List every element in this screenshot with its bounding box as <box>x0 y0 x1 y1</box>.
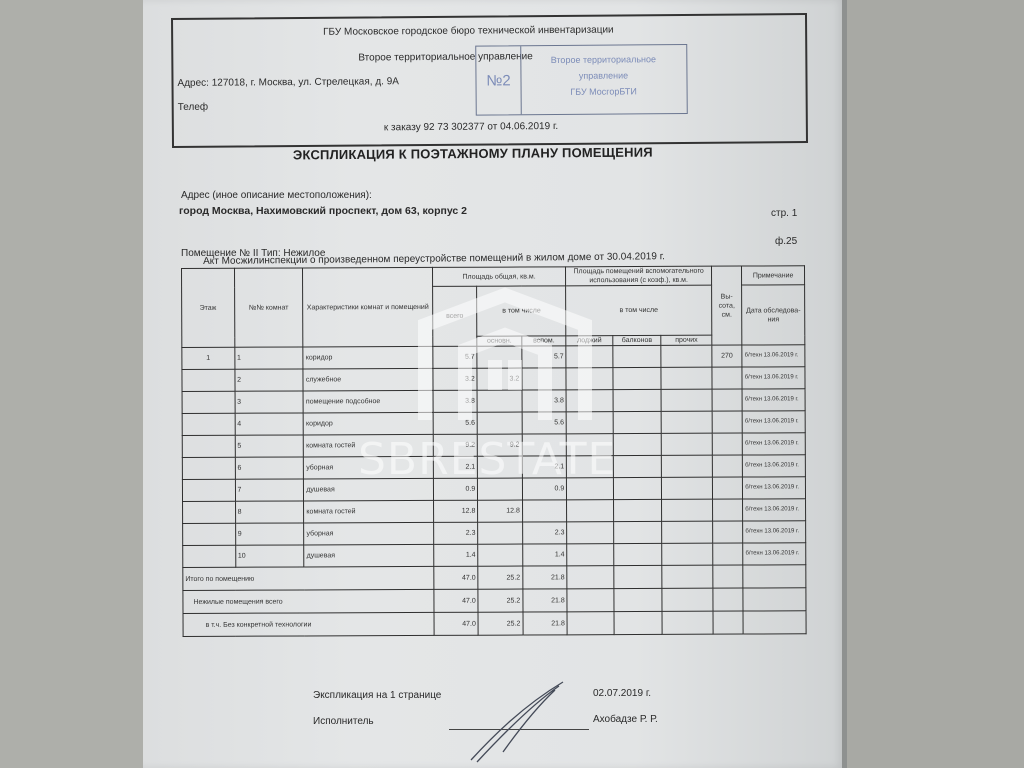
header-balconies: балконов <box>613 335 662 345</box>
cell-height <box>712 433 742 455</box>
cell-floor <box>182 391 235 413</box>
cell-aux: 1.4 <box>523 544 568 566</box>
stamp-number: №2 <box>476 46 522 114</box>
footer-date: 02.07.2019 г. <box>593 688 651 699</box>
cell-loggia <box>566 390 613 412</box>
cell-total: 5.6 <box>433 412 478 434</box>
cell-other <box>662 433 713 455</box>
cell-room-name: комната гостей <box>304 500 434 523</box>
header-height: Вы-сота, см. <box>711 266 742 345</box>
organization-name: ГБУ Московское городское бюро техническо… <box>323 25 614 38</box>
cell-note <box>743 588 806 611</box>
totals-row: Итого по помещению47.025.221.8 <box>183 565 806 591</box>
pages-count: Экспликация на 1 странице <box>313 690 441 701</box>
cell-balcony <box>614 588 663 611</box>
cell-note: б/техн 13.06.2019 г. <box>742 411 805 433</box>
cell-total: 47.0 <box>434 612 479 635</box>
header-aux-area: Площадь помещений вспомогательного испол… <box>566 266 712 286</box>
cell-room-no: 4 <box>235 413 304 435</box>
cell-room-no: 8 <box>235 501 304 523</box>
cell-note: б/техн 13.06.2019 г. <box>743 521 806 543</box>
cell-balcony <box>613 345 662 367</box>
cell-loggia <box>566 346 613 368</box>
cell-total: 47.0 <box>434 589 479 612</box>
cell-other <box>662 499 713 521</box>
header-survey-date: Дата обследова-ния <box>742 285 805 345</box>
cell-total: 3.2 <box>433 368 478 390</box>
background-right <box>845 0 1024 768</box>
cell-height <box>713 543 743 565</box>
cell-room-name: душевая <box>304 544 434 567</box>
stamp-text: Второе территориальное управление ГБУ Мо… <box>522 51 684 100</box>
address-value: город Москва, Нахимовский проспект, дом … <box>179 205 467 217</box>
cell-height <box>713 565 743 588</box>
stamp-line: управление <box>522 67 684 84</box>
table-row: 9уборная2.32.3б/техн 13.06.2019 г. <box>183 521 806 546</box>
cell-loggia <box>567 589 614 612</box>
table-row: 3помещение подсобное3.83.8б/техн 13.06.2… <box>182 389 805 414</box>
cell-other <box>662 521 713 543</box>
cell-aux: 5.7 <box>522 346 567 368</box>
cell-room-name: коридор <box>303 346 433 369</box>
cell-height <box>713 588 743 611</box>
cell-room-no: 10 <box>235 545 304 567</box>
cell-main <box>478 522 523 544</box>
header-characteristics: Характеристики комнат и помещений <box>303 267 433 347</box>
cell-room-no: 7 <box>235 479 304 501</box>
cell-other <box>661 411 712 433</box>
cell-note: б/техн 13.06.2019 г. <box>743 499 806 521</box>
organization-phone: Телеф <box>178 102 208 113</box>
cell-other <box>662 565 713 588</box>
cell-note: б/техн 13.06.2019 г. <box>742 433 805 455</box>
cell-floor <box>182 435 235 457</box>
cell-note <box>743 565 806 588</box>
cell-loggia <box>567 566 614 589</box>
cell-room-no: 1 <box>234 347 303 369</box>
cell-loggia <box>566 412 613 434</box>
background-left <box>0 0 143 768</box>
cell-total: 2.3 <box>433 522 478 544</box>
cell-height: 270 <box>712 345 742 367</box>
cell-floor: 1 <box>182 347 235 369</box>
cell-height <box>712 411 742 433</box>
header-aux: вспом. <box>522 336 567 346</box>
cell-aux: 21.8 <box>523 566 568 589</box>
cell-main: 25.2 <box>478 589 523 612</box>
cell-total-label: Нежилые помещения всего <box>183 589 434 613</box>
cell-aux: 21.8 <box>523 589 568 612</box>
cell-note: б/техн 13.06.2019 г. <box>743 455 806 477</box>
executor-label: Исполнитель <box>313 716 374 727</box>
cell-other <box>661 367 712 389</box>
cell-height <box>712 455 742 477</box>
watermark-text: SBRESTATE <box>358 434 616 485</box>
totals-row: Нежилые помещения всего47.025.221.8 <box>183 588 806 614</box>
cell-loggia <box>567 544 614 566</box>
cell-main: 3.2 <box>477 368 522 390</box>
cell-note: б/техн 13.06.2019 г. <box>743 543 806 565</box>
order-reference: к заказу 92 73 302377 от 04.06.2019 г. <box>384 121 558 133</box>
cell-balcony <box>614 565 663 588</box>
cell-height <box>712 389 742 411</box>
document-page: ГБУ Московское городское бюро техническо… <box>143 0 845 768</box>
cell-note: б/техн 13.06.2019 г. <box>742 367 805 389</box>
table-row: 11коридор5.75.7270б/техн 13.06.2019 г. <box>182 345 805 370</box>
cell-main: 25.2 <box>478 566 523 589</box>
cell-aux <box>522 368 567 390</box>
cell-aux <box>522 500 567 522</box>
cell-balcony <box>614 611 663 634</box>
cell-room-name: коридор <box>303 412 433 435</box>
header-room-no: №№ комнат <box>234 268 303 347</box>
table-row: 2служебное3.23.2б/техн 13.06.2019 г. <box>182 367 805 392</box>
cell-balcony <box>613 433 662 455</box>
cell-note <box>743 611 806 634</box>
header-main: основн. <box>477 336 522 346</box>
cell-main <box>477 412 522 434</box>
header-other: прочих <box>661 335 712 345</box>
cell-main: 25.2 <box>478 612 523 635</box>
header-floor: Этаж <box>182 268 235 347</box>
cell-main <box>477 346 522 368</box>
cell-total-label: Итого по помещению <box>183 566 434 590</box>
cell-other <box>662 611 713 634</box>
header-area-total: Площадь общая, кв.м. <box>432 267 566 287</box>
cell-room-no: 9 <box>235 523 304 545</box>
cell-other <box>662 588 713 611</box>
cell-room-no: 6 <box>235 457 304 479</box>
cell-room-name: помещение подсобное <box>303 390 433 413</box>
cell-total: 1.4 <box>434 544 479 566</box>
header-remark: Примечание <box>742 266 805 285</box>
page-number: стр. 1 <box>771 208 797 219</box>
header-box: ГБУ Московское городское бюро техническо… <box>171 13 808 148</box>
document-title: ЭКСПЛИКАЦИЯ К ПОЭТАЖНОМУ ПЛАНУ ПОМЕЩЕНИЯ <box>293 145 653 163</box>
cell-total: 3.8 <box>433 390 478 412</box>
cell-balcony <box>613 455 662 477</box>
cell-loggia <box>566 368 613 390</box>
header-loggias: лоджий <box>566 336 613 346</box>
table-row: 8комната гостей12.812.8б/техн 13.06.2019… <box>183 499 806 524</box>
cell-height <box>713 521 743 543</box>
cell-floor <box>183 523 236 545</box>
cell-room-no: 5 <box>235 435 304 457</box>
cell-loggia <box>567 522 614 544</box>
cell-balcony <box>613 477 662 499</box>
cell-balcony <box>613 411 662 433</box>
cell-room-name: служебное <box>303 368 433 391</box>
table-row: 4коридор5.65.6б/техн 13.06.2019 г. <box>182 411 805 436</box>
cell-other <box>662 455 713 477</box>
cell-note: б/техн 13.06.2019 г. <box>742 345 805 367</box>
address-label: Адрес (иное описание местоположения): <box>181 190 372 201</box>
executor-name: Ахобадзе Р. Р. <box>593 714 658 725</box>
cell-total: 12.8 <box>433 500 478 522</box>
cell-height <box>712 367 742 389</box>
cell-floor <box>182 479 235 501</box>
table-row: 10душевая1.41.4б/техн 13.06.2019 г. <box>183 543 806 568</box>
cell-aux: 21.8 <box>523 612 568 635</box>
cell-loggia <box>567 612 614 635</box>
cell-other <box>662 543 713 565</box>
cell-balcony <box>613 367 662 389</box>
cell-balcony <box>614 543 663 565</box>
header-incl: в том числе <box>477 286 566 336</box>
cell-other <box>662 477 713 499</box>
cell-total: 5.7 <box>433 346 478 368</box>
cell-floor <box>182 369 235 391</box>
cell-height <box>712 477 742 499</box>
header-total: всего <box>432 286 477 346</box>
stamp-line: ГБУ МосгорБТИ <box>523 83 685 100</box>
cell-balcony <box>613 521 662 543</box>
cell-room-no: 2 <box>235 369 304 391</box>
cell-aux: 3.8 <box>522 390 567 412</box>
cell-height <box>713 611 743 634</box>
cell-total-label: в т.ч. Без конкретной технологии <box>183 612 434 636</box>
form-number: ф.25 <box>775 236 797 247</box>
cell-room-name: уборная <box>304 522 434 545</box>
cell-floor <box>182 457 235 479</box>
cell-main: 12.8 <box>478 500 523 522</box>
official-stamp: №2 Второе территориальное управление ГБУ… <box>475 44 688 116</box>
cell-loggia <box>567 500 614 522</box>
page-edge <box>842 0 847 768</box>
cell-note: б/техн 13.06.2019 г. <box>743 477 806 499</box>
cell-total: 47.0 <box>434 566 479 589</box>
cell-main <box>477 390 522 412</box>
cell-note: б/техн 13.06.2019 г. <box>742 389 805 411</box>
header-incl2: в том числе <box>566 285 712 336</box>
cell-other <box>661 345 712 367</box>
cell-aux: 5.6 <box>522 412 567 434</box>
stamp-line: Второе территориальное <box>522 51 684 68</box>
cell-main <box>478 544 523 566</box>
signature-icon <box>463 676 573 768</box>
cell-room-no: 3 <box>235 391 304 413</box>
cell-aux: 2.3 <box>522 522 567 544</box>
cell-height <box>712 499 742 521</box>
totals-row: в т.ч. Без конкретной технологии47.025.2… <box>183 611 806 637</box>
cell-floor <box>182 413 235 435</box>
cell-other <box>661 389 712 411</box>
cell-balcony <box>613 499 662 521</box>
cell-balcony <box>613 389 662 411</box>
organization-address: Адрес: 127018, г. Москва, ул. Стрелецкая… <box>177 76 399 89</box>
cell-floor <box>183 501 236 523</box>
cell-floor <box>183 545 236 567</box>
